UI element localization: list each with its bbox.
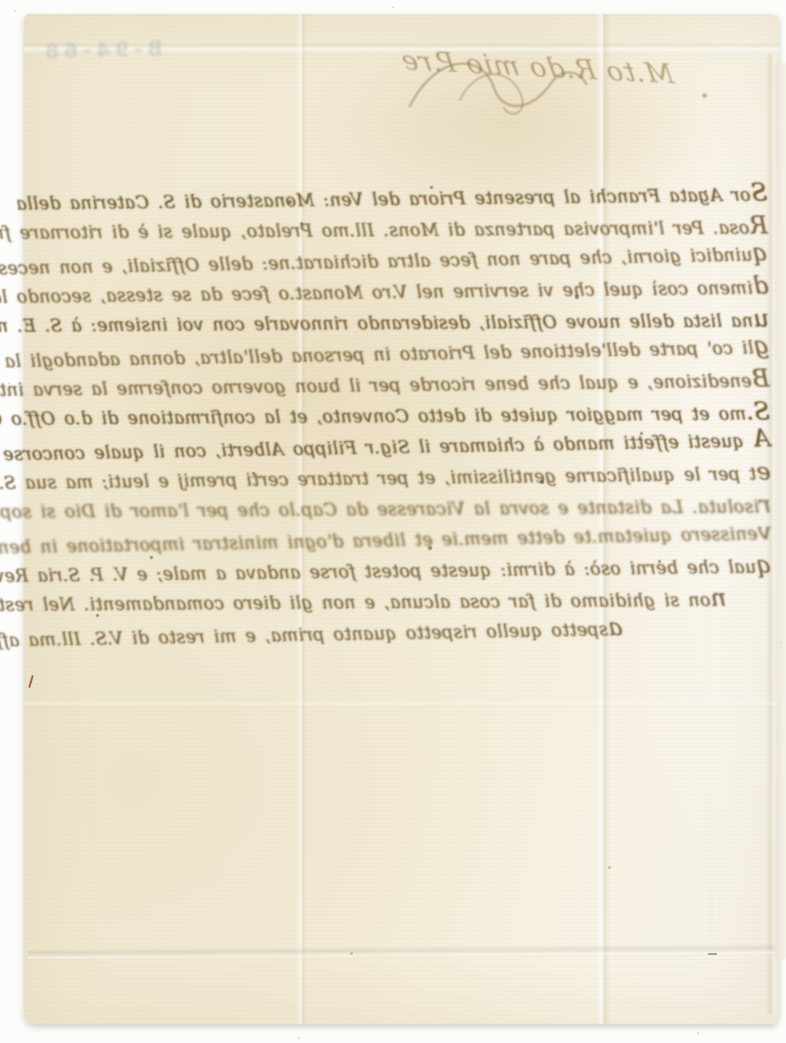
ink-fleck xyxy=(288,200,292,204)
ink-fleck xyxy=(575,295,579,299)
red-fiber xyxy=(28,675,34,688)
dust-speck xyxy=(298,1037,300,1039)
ink-fleck xyxy=(252,472,255,475)
dust-speck xyxy=(697,1032,699,1034)
yellow-speck xyxy=(350,952,353,955)
ink-fleck xyxy=(428,546,432,550)
ink-fleck xyxy=(430,186,433,189)
fold-crease-horizontal-bottom xyxy=(28,943,775,958)
ink-fleck xyxy=(704,190,707,193)
scanned-letter-page: B-94-68 M.to R.do mio P.re Sor Agata Fra… xyxy=(0,0,786,1043)
ink-fleck xyxy=(640,432,643,435)
ink-fleck xyxy=(150,556,153,559)
ink-fleck xyxy=(540,480,544,484)
archival-stamp: B-94-68 xyxy=(40,36,163,63)
pencil-dash xyxy=(708,953,717,955)
dust-speck xyxy=(14,10,16,12)
ink-fleck xyxy=(658,560,661,563)
paper-sheet: B-94-68 M.to R.do mio P.re Sor Agata Fra… xyxy=(24,14,779,1024)
ink-fleck xyxy=(96,614,99,617)
paper-edge-sliver xyxy=(777,62,786,960)
dust-speck xyxy=(392,6,394,8)
salutation-flourish: M.to R.do mio P.re xyxy=(396,30,596,122)
yellow-speck xyxy=(608,866,611,869)
fold-crease-horizontal-middle xyxy=(24,700,779,707)
letter-text-block: Sor Agata Franchi al presente Priora del… xyxy=(29,178,773,652)
ink-fleck xyxy=(300,222,303,225)
stain-spot xyxy=(702,93,707,98)
